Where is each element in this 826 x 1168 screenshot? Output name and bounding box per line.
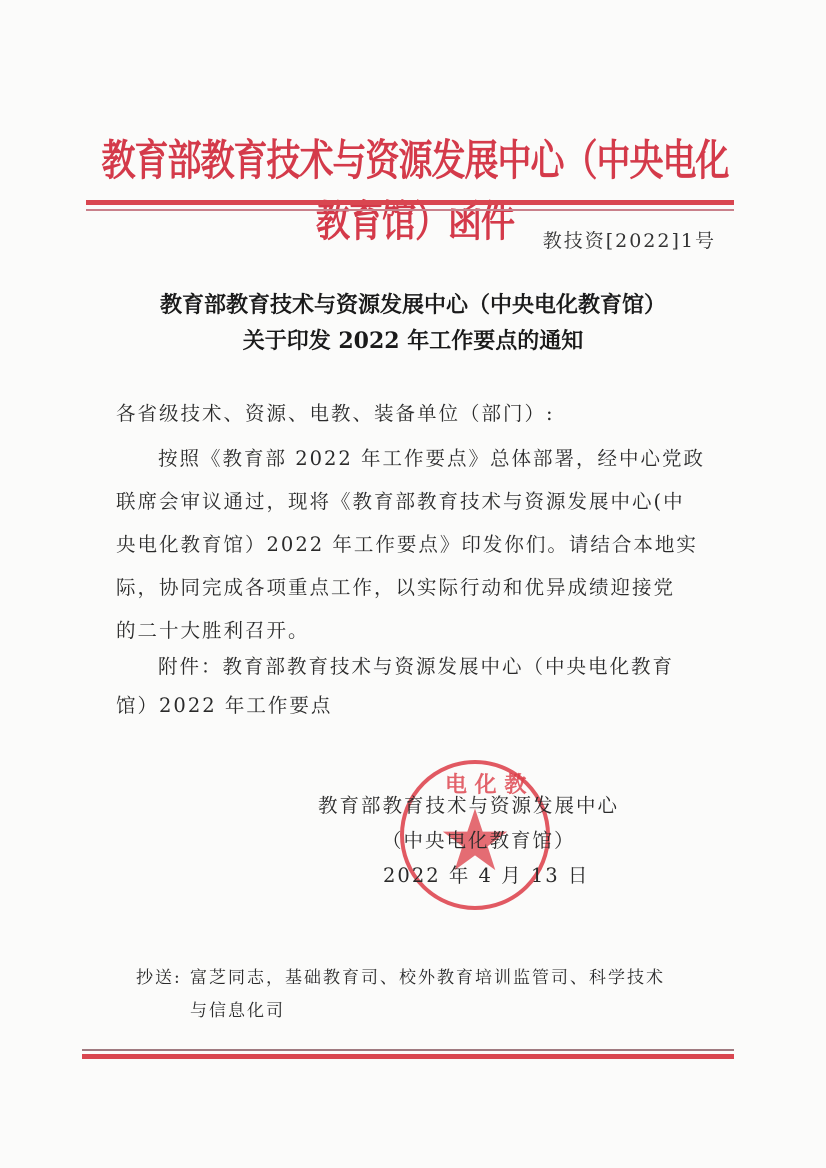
cc-line2: 与信息化司 bbox=[190, 996, 285, 1021]
attachment-line2: 馆）2022 年工作要点 bbox=[116, 690, 332, 718]
body-line: 际，协同完成各项重点工作，以实际行动和优异成绩迎接党 bbox=[116, 572, 675, 600]
header-rule-thin bbox=[86, 209, 734, 211]
cc-label: 抄送: bbox=[136, 963, 182, 988]
signature-org-line1: 教育部教育技术与资源发展中心 bbox=[318, 790, 619, 818]
document-title-line1: 教育部教育技术与资源发展中心（中央电化教育馆） bbox=[60, 288, 766, 319]
signature-date: 2022 年 4 月 13 日 bbox=[383, 860, 589, 888]
signature-org-line2: （中央电化教育馆） bbox=[382, 825, 576, 853]
footer-rule-thin bbox=[82, 1049, 734, 1051]
document-number: 教技资[2022]1号 bbox=[543, 226, 716, 253]
salutation: 各省级技术、资源、电教、装备单位（部门）: bbox=[116, 398, 555, 426]
footer-rule-thick bbox=[82, 1054, 734, 1059]
body-line: 按照《教育部 2022 年工作要点》总体部署，经中心党政 bbox=[158, 443, 705, 471]
cc-line1: 富芝同志，基础教育司、校外教育培训监管司、科学技术 bbox=[190, 963, 665, 988]
body-line: 联席会审议通过，现将《教育部教育技术与资源发展中心(中 bbox=[116, 486, 685, 514]
body-line: 央电化教育馆）2022 年工作要点》印发你们。请结合本地实 bbox=[116, 529, 698, 557]
body-line: 的二十大胜利召开。 bbox=[116, 615, 310, 643]
document-title-line2: 关于印发 2022 年工作要点的通知 bbox=[60, 324, 766, 355]
header-rule-thick bbox=[86, 200, 734, 205]
attachment-line1: 附件：教育部教育技术与资源发展中心（中央电化教育 bbox=[158, 651, 674, 679]
